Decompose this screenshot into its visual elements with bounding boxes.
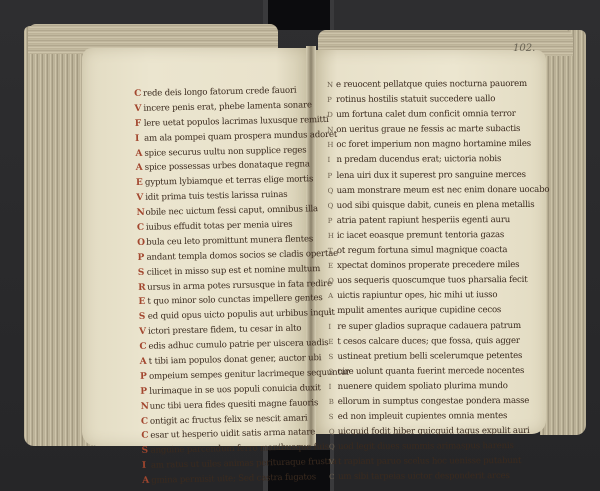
manuscript-line: Quicquid fodit hiber quicquid tagus expu… bbox=[329, 424, 529, 440]
line-text: uod sibi quisque dabit, cuneis en plena … bbox=[337, 200, 535, 211]
rubricated-initial: S bbox=[138, 265, 147, 280]
line-text: rotinus hostilis statuit succedere uallo bbox=[336, 94, 495, 105]
manuscript-line: Quod legit diues summis arimaspus hareni… bbox=[329, 439, 529, 455]
line-text: ompeium sempes genitur lacrimeque sequun… bbox=[149, 367, 350, 381]
line-text: am ala pompei quam prospera mundus adore… bbox=[144, 129, 337, 143]
rubricated-initial: Q bbox=[329, 425, 338, 440]
line-text: on ueritus graue ne fessis ac marte suba… bbox=[336, 124, 520, 135]
line-text: xpectat dominos properate precedere mile… bbox=[337, 260, 519, 271]
line-text: atria patent rapiunt hesperiis egenti au… bbox=[337, 215, 510, 226]
manuscript-line: Plena uiri dux it superest pro sanguine … bbox=[327, 168, 527, 184]
rubricated-initial: P bbox=[137, 251, 146, 266]
line-text: e reuocent pellatque quies nocturna pauo… bbox=[336, 79, 527, 90]
rubricated-initial: A bbox=[328, 289, 337, 304]
manuscript-line: Quos sequeris quoscumque tuos pharsalia … bbox=[328, 273, 528, 289]
rubricated-initial: Q bbox=[328, 199, 337, 214]
line-text: um sibi tarpeias uictor desponderit arce… bbox=[338, 471, 510, 482]
line-text: oc foret imperium non magno hortamine mi… bbox=[336, 139, 531, 150]
rubricated-initial: E bbox=[328, 335, 337, 350]
rubricated-initial: N bbox=[327, 78, 336, 93]
rubricated-initial: P bbox=[328, 214, 337, 229]
rubricated-initial: I bbox=[142, 459, 151, 474]
folio-number: 102. bbox=[513, 43, 535, 54]
line-text: n predam ducendus erat; uictoria nobis bbox=[336, 155, 501, 166]
line-text: ot regum fortuna simul magnique coacta bbox=[337, 245, 508, 256]
rubricated-initial: I bbox=[328, 319, 337, 334]
rubricated-initial: P bbox=[140, 370, 149, 385]
rubricated-initial: V bbox=[329, 455, 338, 470]
rubricated-initial: S bbox=[328, 350, 337, 365]
rubricated-initial: D bbox=[327, 108, 336, 123]
line-text: iuibus effudit totas per menia uires bbox=[146, 220, 293, 233]
line-text: ictori prestare fidem, tu cesar in alto bbox=[148, 324, 301, 337]
left-page-text: Crede deis longo fatorum crede fauoriVin… bbox=[134, 83, 322, 489]
rubricated-initial: A bbox=[140, 355, 149, 370]
manuscript-line: Impulit amentes aurique cupidine cecos bbox=[328, 303, 528, 319]
line-text: ustineat pretium belli scelerumque peten… bbox=[337, 351, 522, 362]
line-text: uos sequeris quoscumque tuos pharsalia f… bbox=[337, 275, 527, 286]
line-text: esar ut hesperio uidit satis arma natare bbox=[150, 428, 315, 441]
rubricated-initial: C bbox=[137, 221, 146, 236]
manuscript-line: Cum sibi tarpeias uictor desponderit arc… bbox=[329, 469, 529, 485]
rubricated-initial: I bbox=[327, 153, 336, 168]
line-text: obile nec uictum fessi caput, omnibus il… bbox=[146, 204, 319, 218]
line-text: ic iacet eoasque premunt tentoria gazas bbox=[337, 230, 504, 241]
right-page-edges bbox=[540, 30, 586, 435]
manuscript-line: Inuenere quidem spoliato plurima mundo bbox=[329, 379, 529, 395]
manuscript-line: Non ueritus graue ne fessis ac marte sub… bbox=[327, 122, 527, 138]
manuscript-line: Dum fortuna calet dum conficit omnia ter… bbox=[327, 107, 527, 123]
rubricated-initial: V bbox=[139, 325, 148, 340]
rubricated-initial: E bbox=[328, 259, 337, 274]
manuscript-line: Vt rapiant paruo scelus hoc uenisse puta… bbox=[329, 454, 529, 470]
line-text: uod legit diues summis arimaspus harenis bbox=[338, 441, 514, 452]
spine-shadow-top bbox=[268, 0, 330, 30]
rubricated-initial: V bbox=[134, 102, 143, 117]
line-text: t rapiant paruo scelus hoc uenisse putab… bbox=[338, 456, 521, 467]
line-text: idit prima tuis testis larissa ruinas bbox=[145, 190, 287, 203]
line-text: gmina permisit uite; Sed castra fugatos bbox=[151, 472, 316, 485]
rubricated-initial: T bbox=[328, 244, 337, 259]
right-page-text: Ne reuocent pellatque quies nocturna pau… bbox=[327, 77, 529, 486]
manuscript-line: Bellorum in sumptus congestae pondera ma… bbox=[329, 394, 529, 410]
rubricated-initial: A bbox=[135, 146, 144, 161]
line-text: t tibi iam populos donat gener, auctor u… bbox=[149, 353, 322, 367]
manuscript-line: Scire uolunt quanta fuerint mercede noce… bbox=[329, 364, 529, 380]
rubricated-initial: V bbox=[136, 191, 145, 206]
line-text: gyptum lybiamque et terras elige mortis bbox=[145, 175, 313, 189]
rubricated-initial: C bbox=[139, 340, 148, 355]
rubricated-initial: N bbox=[327, 123, 336, 138]
rubricated-initial: C bbox=[134, 87, 143, 102]
line-text: ed non impleuit cupientes omnia mentes bbox=[338, 411, 508, 422]
rubricated-initial: Q bbox=[329, 440, 338, 455]
line-text: nuenere quidem spoliato plurima mundo bbox=[338, 381, 508, 392]
line-text: re super gladios supraque cadauera patru… bbox=[337, 320, 521, 331]
line-text: unc tibi uera fides quesiti magne fauori… bbox=[150, 398, 319, 412]
line-text: spice possessas urbes donataque regna bbox=[145, 160, 310, 173]
manuscript-line: Quod sibi quisque dabit, cuneis en plena… bbox=[328, 198, 528, 214]
manuscript-line: Tot regum fortuna simul magnique coacta bbox=[328, 243, 528, 259]
manuscript-line: Quam monstrare meum est nec enim donare … bbox=[328, 183, 528, 199]
line-text: edis adhuc cumulo patrie per uiscera uad… bbox=[148, 338, 328, 352]
line-text: lurimaque in se uos populi conuicia duxi… bbox=[149, 383, 321, 397]
rubricated-initial: I bbox=[328, 304, 337, 319]
manuscript-line: Protinus hostilis statuit succedere uall… bbox=[327, 92, 527, 108]
rubricated-initial: Q bbox=[328, 274, 337, 289]
manuscript-line: Et cesos calcare duces; que fossa, quis … bbox=[328, 334, 528, 350]
rubricated-initial: C bbox=[141, 414, 150, 429]
line-text: t cesos calcare duces; que fossa, quis a… bbox=[337, 336, 519, 347]
rubricated-initial: I bbox=[135, 131, 144, 146]
line-text: um fortuna calet dum conficit omnia terr… bbox=[336, 109, 515, 120]
manuscript-line: Auictis rapiuntur opes, hic mihi ut iuss… bbox=[328, 288, 528, 304]
manuscript-line: Sustineat pretium belli scelerumque pete… bbox=[328, 349, 528, 365]
line-text: t quo minor solo cunctas impellere gente… bbox=[147, 294, 322, 308]
line-text: cire uolunt quanta fuerint mercede nocen… bbox=[338, 366, 525, 377]
line-text: lere uetat populos lacrimas luxusque rem… bbox=[144, 115, 329, 129]
rubricated-initial: B bbox=[329, 395, 338, 410]
line-text: ellorum in sumptus congestae pondera mas… bbox=[338, 396, 530, 407]
rubricated-initial: A bbox=[142, 474, 151, 489]
manuscript-line: Hoc foret imperium non magno hortamine m… bbox=[327, 137, 527, 153]
line-text: ontigit ac fructus felix se nescit amari bbox=[150, 413, 308, 426]
rubricated-initial: E bbox=[138, 295, 147, 310]
rubricated-initial: E bbox=[136, 176, 145, 191]
line-text: cilicet in misso sup est et nomine multu… bbox=[147, 264, 320, 278]
rubricated-initial: S bbox=[329, 410, 338, 425]
manuscript-line: Sed non impleuit cupientes omnia mentes bbox=[329, 409, 529, 425]
rubricated-initial: C bbox=[141, 429, 150, 444]
rubricated-initial: H bbox=[328, 229, 337, 244]
rubricated-initial: F bbox=[135, 117, 144, 132]
rubricated-initial: H bbox=[327, 138, 336, 153]
rubricated-initial: I bbox=[329, 380, 338, 395]
rubricated-initial: P bbox=[327, 169, 336, 184]
rubricated-initial: N bbox=[136, 206, 145, 221]
manuscript-line: In predam ducendus erat; uictoria nobis bbox=[327, 152, 527, 168]
manuscript-line: Ire super gladios supraque cadauera patr… bbox=[328, 318, 528, 334]
rubricated-initial: R bbox=[138, 280, 147, 295]
line-text: anguine parcendum ferro manibusque fuis bbox=[151, 442, 329, 456]
rubricated-initial: A bbox=[136, 161, 145, 176]
line-text: mpulit amentes aurique cupidine cecos bbox=[337, 305, 501, 316]
rubricated-initial: S bbox=[141, 444, 150, 459]
line-text: spice securus uultu non supplice reges bbox=[144, 145, 306, 158]
manuscript-line: Expectat dominos properate precedere mil… bbox=[328, 258, 528, 274]
line-text: ursus in arma potes rursusque in fata re… bbox=[147, 278, 332, 292]
line-text: uam monstrare meum est nec enim donare u… bbox=[337, 184, 550, 195]
rubricated-initial: Q bbox=[328, 184, 337, 199]
rubricated-initial: S bbox=[329, 365, 338, 380]
line-text: am ratus ut uiles animas perituraque fru… bbox=[151, 457, 337, 471]
manuscript-line: Hic iacet eoasque premunt tentoria gazas bbox=[328, 228, 528, 244]
rubricated-initial: N bbox=[141, 399, 150, 414]
rubricated-initial: P bbox=[327, 93, 336, 108]
rubricated-initial: S bbox=[139, 310, 148, 325]
line-text: andant templa domos socios se cladis ope… bbox=[146, 249, 338, 263]
line-text: lena uiri dux it superest pro sanguine m… bbox=[336, 170, 525, 181]
manuscript-line: Ne reuocent pellatque quies nocturna pau… bbox=[327, 77, 527, 93]
line-text: bula ceu leto promittunt munera flentes bbox=[146, 234, 313, 247]
line-text: rede deis longo fatorum crede fauori bbox=[143, 86, 296, 99]
rubricated-initial: P bbox=[140, 385, 149, 400]
rubricated-initial: O bbox=[137, 236, 146, 251]
manuscript-line: Patria patent rapiunt hesperiis egenti a… bbox=[328, 213, 528, 229]
line-text: incere penis erat, phebe lamenta sonare bbox=[143, 100, 312, 114]
line-text: uicquid fodit hiber quicquid tagus expul… bbox=[338, 426, 530, 437]
rubricated-initial: C bbox=[329, 470, 338, 485]
line-text: uictis rapiuntur opes, hic mihi ut iusso bbox=[337, 290, 497, 301]
line-text: ed quid opus uicto populis aut urbibus i… bbox=[148, 308, 335, 322]
